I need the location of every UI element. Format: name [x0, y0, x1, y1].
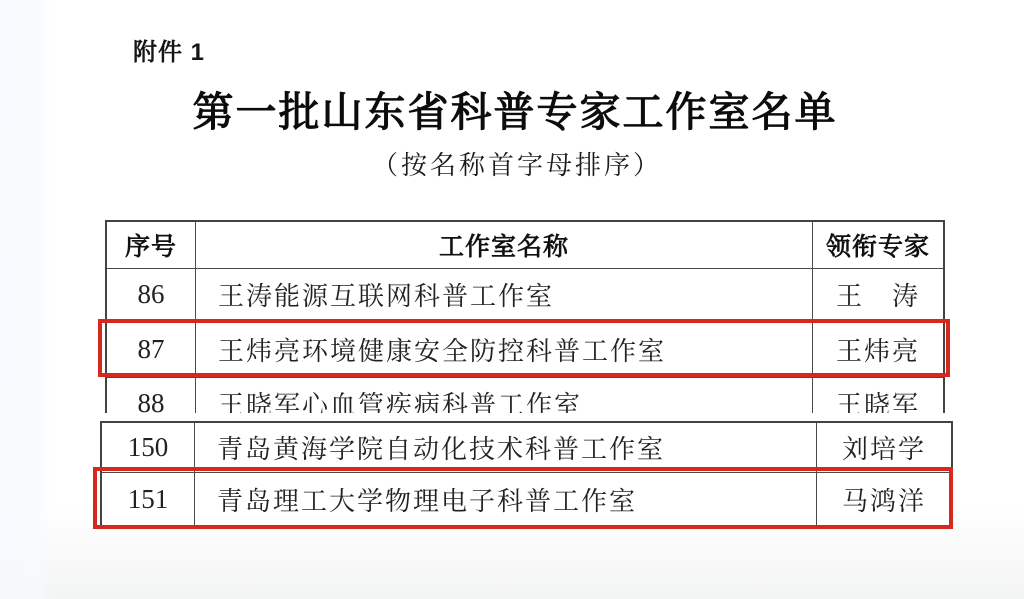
- col-header-expert: 领衔专家: [812, 222, 943, 268]
- cell-expert: 王炜亮: [812, 321, 943, 377]
- table-row-151: 151 青岛理工大学物理电子科普工作室 马鸿洋: [102, 472, 951, 525]
- cell-studio-name: 王涛能源互联网科普工作室: [195, 269, 812, 320]
- col-header-studio: 工作室名称: [195, 222, 812, 268]
- table-row-88: 88 王晓军心血管疾病科普工作室 王晓军: [107, 377, 943, 413]
- cell-studio-name: 青岛理工大学物理电子科普工作室: [194, 473, 816, 525]
- col-header-no: 序号: [107, 222, 195, 268]
- cell-studio-name: 王晓军心血管疾病科普工作室: [195, 378, 812, 413]
- cell-no: 86: [107, 269, 195, 320]
- studio-table-section-1: 序号 工作室名称 领衔专家 86 王涛能源互联网科普工作室 王 涛 87 王炜亮…: [105, 220, 945, 413]
- cell-no: 151: [102, 473, 194, 525]
- table-header-row: 序号 工作室名称 领衔专家: [107, 222, 943, 268]
- table-row-87: 87 王炜亮环境健康安全防控科普工作室 王炜亮: [107, 320, 943, 377]
- cell-no: 88: [107, 378, 195, 413]
- table-row-86: 86 王涛能源互联网科普工作室 王 涛: [107, 268, 943, 320]
- studio-table-section-2: 150 青岛黄海学院自动化技术科普工作室 刘培学 151 青岛理工大学物理电子科…: [100, 421, 953, 527]
- cell-no: 87: [107, 321, 195, 377]
- table-row-150: 150 青岛黄海学院自动化技术科普工作室 刘培学: [102, 423, 951, 472]
- cell-expert: 马鸿洋: [816, 473, 951, 525]
- cell-studio-name: 王炜亮环境健康安全防控科普工作室: [195, 321, 812, 377]
- cell-expert: 刘培学: [816, 423, 951, 472]
- cell-no: 150: [102, 423, 194, 472]
- cell-studio-name: 青岛黄海学院自动化技术科普工作室: [194, 423, 816, 472]
- cell-expert: 王晓军: [812, 378, 943, 413]
- page-subtitle: （按名称首字母排序）: [0, 145, 1024, 182]
- document-page: 附件 1 第一批山东省科普专家工作室名单 （按名称首字母排序） 序号 工作室名称…: [0, 0, 1024, 599]
- attachment-label: 附件 1: [133, 32, 205, 67]
- page-title: 第一批山东省科普专家工作室名单: [0, 79, 1024, 138]
- cell-expert: 王 涛: [812, 269, 943, 320]
